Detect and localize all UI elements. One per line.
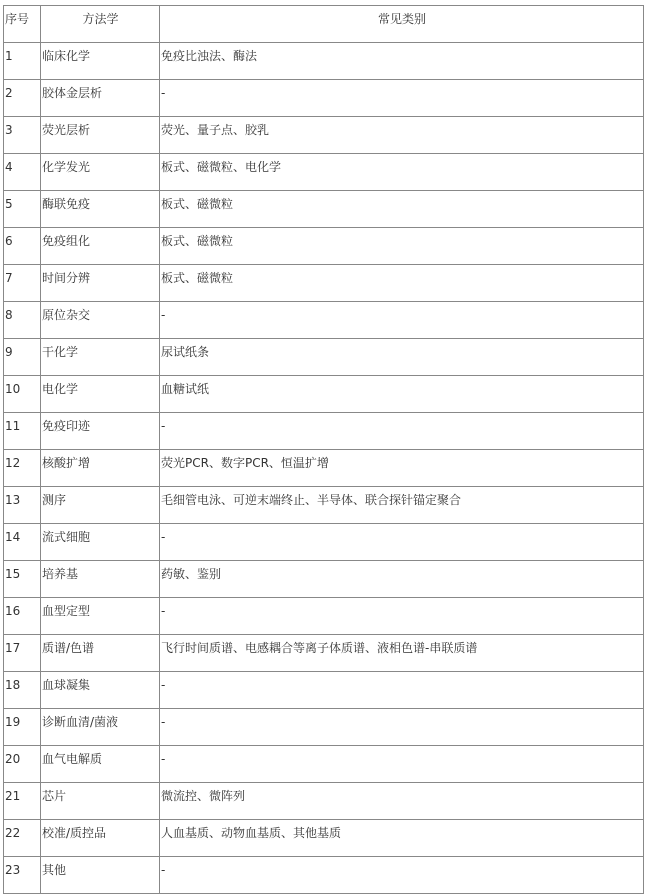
table-header-row: 序号 方法学 常见类别 bbox=[4, 6, 644, 43]
row-number-cell: 17 bbox=[4, 635, 41, 672]
categories-cell: 板式、磁微粒 bbox=[160, 228, 644, 265]
row-number-cell: 3 bbox=[4, 117, 41, 154]
categories-cell: 板式、磁微粒 bbox=[160, 191, 644, 228]
categories-cell: 荧光、量子点、胶乳 bbox=[160, 117, 644, 154]
table-row: 10电化学血糖试纸 bbox=[4, 376, 644, 413]
table-row: 13测序毛细管电泳、可逆末端终止、半导体、联合探针锚定聚合 bbox=[4, 487, 644, 524]
method-cell: 其他 bbox=[41, 857, 160, 894]
row-number-cell: 14 bbox=[4, 524, 41, 561]
method-cell: 芯片 bbox=[41, 783, 160, 820]
row-number-cell: 4 bbox=[4, 154, 41, 191]
categories-cell: 毛细管电泳、可逆末端终止、半导体、联合探针锚定聚合 bbox=[160, 487, 644, 524]
method-cell: 化学发光 bbox=[41, 154, 160, 191]
table-row: 18血球凝集- bbox=[4, 672, 644, 709]
table-row: 14流式细胞- bbox=[4, 524, 644, 561]
categories-cell: 飞行时间质谱、电感耦合等离子体质谱、液相色谱-串联质谱 bbox=[160, 635, 644, 672]
table-row: 23其他- bbox=[4, 857, 644, 894]
categories-cell: - bbox=[160, 672, 644, 709]
table-row: 5酶联免疫板式、磁微粒 bbox=[4, 191, 644, 228]
categories-cell: 药敏、鉴别 bbox=[160, 561, 644, 598]
row-number-cell: 2 bbox=[4, 80, 41, 117]
method-cell: 核酸扩增 bbox=[41, 450, 160, 487]
table-row: 11免疫印迹- bbox=[4, 413, 644, 450]
categories-cell: - bbox=[160, 302, 644, 339]
method-cell: 干化学 bbox=[41, 339, 160, 376]
table-row: 17质谱/色谱飞行时间质谱、电感耦合等离子体质谱、液相色谱-串联质谱 bbox=[4, 635, 644, 672]
table-row: 12核酸扩增荧光PCR、数字PCR、恒温扩增 bbox=[4, 450, 644, 487]
method-cell: 免疫印迹 bbox=[41, 413, 160, 450]
row-number-cell: 11 bbox=[4, 413, 41, 450]
method-cell: 血球凝集 bbox=[41, 672, 160, 709]
method-cell: 时间分辨 bbox=[41, 265, 160, 302]
table-row: 1临床化学免疫比浊法、酶法 bbox=[4, 43, 644, 80]
row-number-cell: 8 bbox=[4, 302, 41, 339]
table-row: 16血型定型- bbox=[4, 598, 644, 635]
row-number-cell: 12 bbox=[4, 450, 41, 487]
row-number-cell: 23 bbox=[4, 857, 41, 894]
row-number-cell: 19 bbox=[4, 709, 41, 746]
method-cell: 血型定型 bbox=[41, 598, 160, 635]
categories-cell: 尿试纸条 bbox=[160, 339, 644, 376]
row-number-cell: 13 bbox=[4, 487, 41, 524]
table-row: 20血气电解质- bbox=[4, 746, 644, 783]
row-number-cell: 7 bbox=[4, 265, 41, 302]
row-number-cell: 9 bbox=[4, 339, 41, 376]
method-cell: 荧光层析 bbox=[41, 117, 160, 154]
method-cell: 电化学 bbox=[41, 376, 160, 413]
row-number-cell: 15 bbox=[4, 561, 41, 598]
categories-cell: 板式、磁微粒 bbox=[160, 265, 644, 302]
categories-cell: - bbox=[160, 413, 644, 450]
method-cell: 质谱/色谱 bbox=[41, 635, 160, 672]
table-row: 9干化学尿试纸条 bbox=[4, 339, 644, 376]
method-cell: 酶联免疫 bbox=[41, 191, 160, 228]
method-cell: 校准/质控品 bbox=[41, 820, 160, 857]
method-cell: 诊断血清/菌液 bbox=[41, 709, 160, 746]
table-row: 2胶体金层析- bbox=[4, 80, 644, 117]
row-number-cell: 6 bbox=[4, 228, 41, 265]
categories-cell: 人血基质、动物血基质、其他基质 bbox=[160, 820, 644, 857]
categories-cell: - bbox=[160, 857, 644, 894]
row-number-cell: 21 bbox=[4, 783, 41, 820]
table-row: 22校准/质控品人血基质、动物血基质、其他基质 bbox=[4, 820, 644, 857]
header-categories: 常见类别 bbox=[160, 6, 644, 43]
header-method: 方法学 bbox=[41, 6, 160, 43]
categories-cell: - bbox=[160, 598, 644, 635]
table-row: 4化学发光板式、磁微粒、电化学 bbox=[4, 154, 644, 191]
table-row: 3荧光层析荧光、量子点、胶乳 bbox=[4, 117, 644, 154]
row-number-cell: 20 bbox=[4, 746, 41, 783]
categories-cell: 板式、磁微粒、电化学 bbox=[160, 154, 644, 191]
table-row: 7时间分辨板式、磁微粒 bbox=[4, 265, 644, 302]
row-number-cell: 5 bbox=[4, 191, 41, 228]
table-row: 15培养基药敏、鉴别 bbox=[4, 561, 644, 598]
categories-cell: 免疫比浊法、酶法 bbox=[160, 43, 644, 80]
method-cell: 测序 bbox=[41, 487, 160, 524]
header-number: 序号 bbox=[4, 6, 41, 43]
row-number-cell: 22 bbox=[4, 820, 41, 857]
categories-cell: - bbox=[160, 709, 644, 746]
categories-cell: 荧光PCR、数字PCR、恒温扩增 bbox=[160, 450, 644, 487]
categories-cell: - bbox=[160, 524, 644, 561]
method-cell: 流式细胞 bbox=[41, 524, 160, 561]
method-cell: 胶体金层析 bbox=[41, 80, 160, 117]
table-row: 19诊断血清/菌液- bbox=[4, 709, 644, 746]
method-cell: 培养基 bbox=[41, 561, 160, 598]
categories-cell: - bbox=[160, 746, 644, 783]
table-row: 6免疫组化板式、磁微粒 bbox=[4, 228, 644, 265]
table-row: 8原位杂交- bbox=[4, 302, 644, 339]
row-number-cell: 1 bbox=[4, 43, 41, 80]
method-cell: 原位杂交 bbox=[41, 302, 160, 339]
row-number-cell: 16 bbox=[4, 598, 41, 635]
categories-cell: - bbox=[160, 80, 644, 117]
row-number-cell: 10 bbox=[4, 376, 41, 413]
methodology-table: 序号 方法学 常见类别 1临床化学免疫比浊法、酶法2胶体金层析-3荧光层析荧光、… bbox=[3, 5, 644, 894]
categories-cell: 血糖试纸 bbox=[160, 376, 644, 413]
method-cell: 临床化学 bbox=[41, 43, 160, 80]
categories-cell: 微流控、微阵列 bbox=[160, 783, 644, 820]
table-row: 21芯片微流控、微阵列 bbox=[4, 783, 644, 820]
row-number-cell: 18 bbox=[4, 672, 41, 709]
method-cell: 血气电解质 bbox=[41, 746, 160, 783]
method-cell: 免疫组化 bbox=[41, 228, 160, 265]
